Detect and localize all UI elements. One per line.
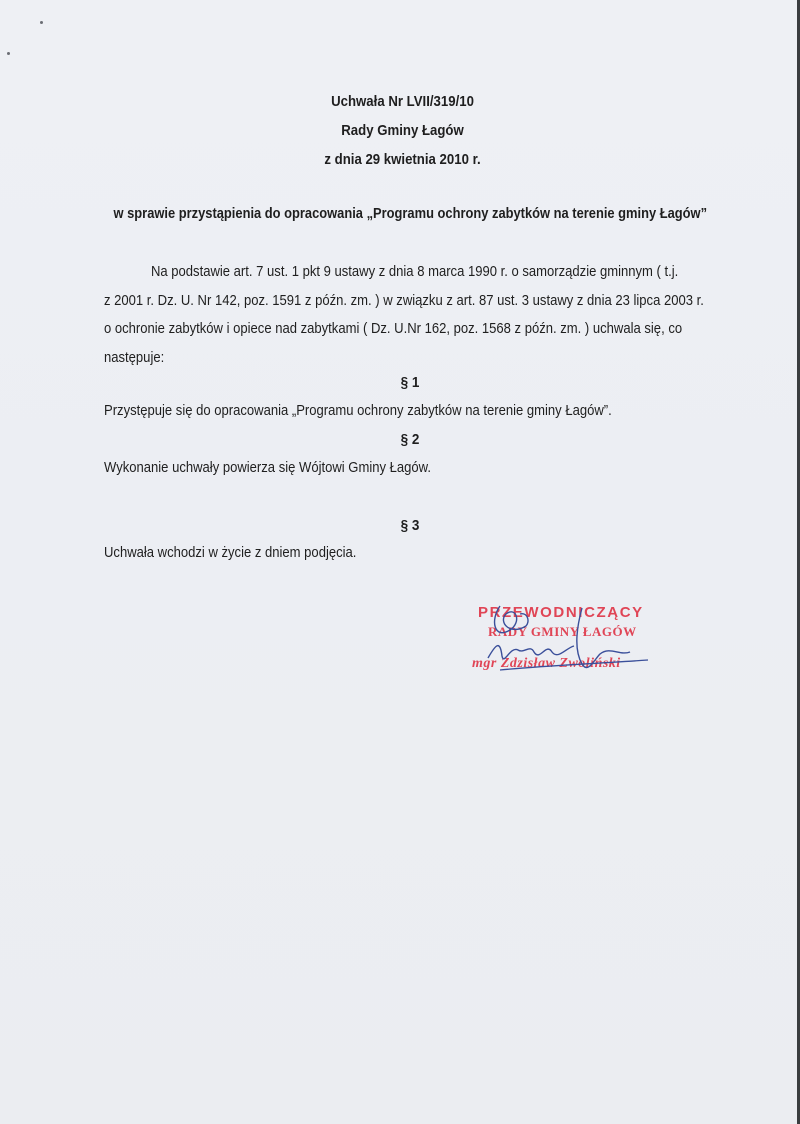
- document-page: Uchwała Nr LVII/319/10 Rady Gminy Łagów …: [0, 0, 797, 1124]
- resolution-subject: w sprawie przystąpienia do opracowania „…: [58, 205, 763, 222]
- section-2-text: Wykonanie uchwały powierza się Wójtowi G…: [104, 459, 431, 476]
- section-3-label: § 3: [41, 517, 779, 534]
- section-2-label: § 2: [41, 431, 779, 448]
- preamble-line: z 2001 r. Dz. U. Nr 142, poz. 1591 z póź…: [104, 287, 704, 316]
- section-1-text: Przystępuje się do opracowania „Programu…: [104, 402, 612, 419]
- section-1-label: § 1: [41, 374, 779, 391]
- preamble: Na podstawie art. 7 ust. 1 pkt 9 ustawy …: [104, 258, 704, 372]
- preamble-line: następuje:: [104, 344, 704, 373]
- council-name: Rady Gminy Łagów: [51, 122, 755, 139]
- scan-speck: [40, 21, 43, 24]
- chairman-stamp: PRZEWODNICZĄCY RADY GMINY ŁAGÓW mgr Zdzi…: [470, 600, 670, 690]
- resolution-number: Uchwała Nr LVII/319/10: [51, 93, 755, 110]
- signature: [470, 600, 670, 690]
- preamble-line: o ochronie zabytków i opiece nad zabytka…: [104, 315, 704, 344]
- resolution-date: z dnia 29 kwietnia 2010 r.: [51, 151, 755, 168]
- scan-speck: [7, 52, 10, 55]
- section-3-text: Uchwała wchodzi w życie z dniem podjęcia…: [104, 544, 356, 561]
- preamble-line: Na podstawie art. 7 ust. 1 pkt 9 ustawy …: [104, 258, 704, 287]
